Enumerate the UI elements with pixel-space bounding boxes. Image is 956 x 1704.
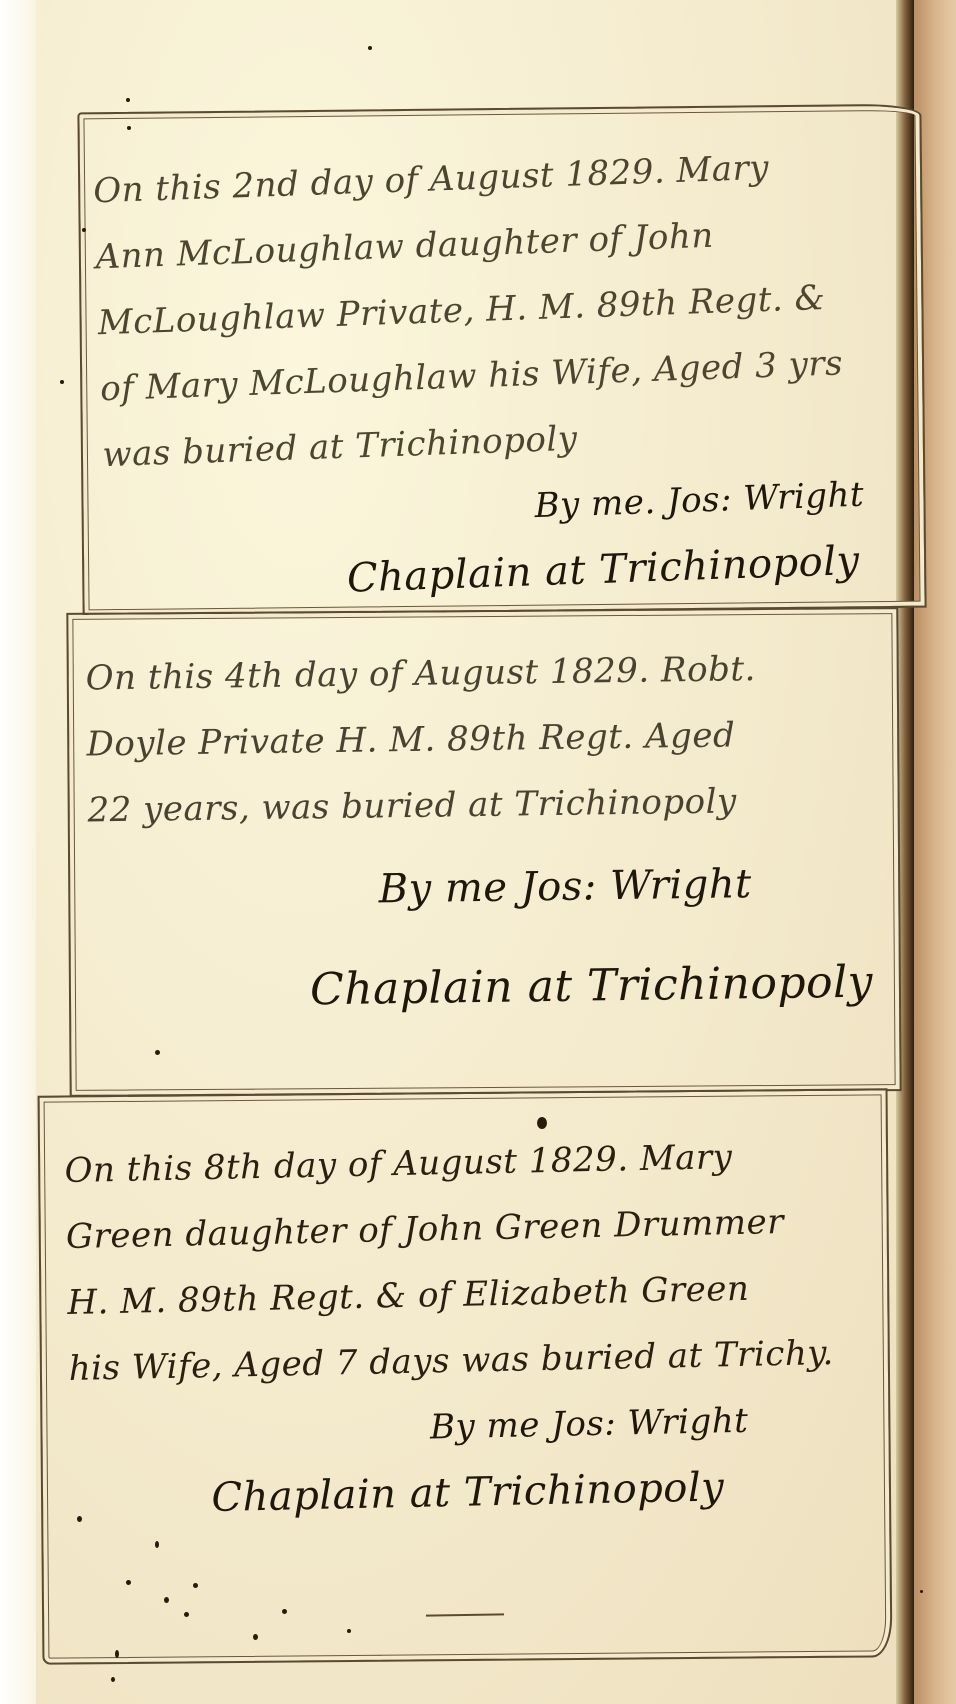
burial-entry-1: On this 2nd day of August 1829. Mary Ann… xyxy=(92,132,867,620)
burial-entry-3: On this 8th day of August 1829. Mary Gre… xyxy=(64,1122,837,1534)
ink-speck xyxy=(537,1117,547,1129)
ink-speck xyxy=(82,228,86,232)
burial-entry-2: On this 4th day of August 1829. Robt. Do… xyxy=(85,635,873,1044)
ink-speck xyxy=(60,380,64,384)
ink-speck xyxy=(184,1612,189,1617)
ink-speck xyxy=(164,1597,169,1603)
ink-speck xyxy=(115,1650,119,1658)
ink-speck xyxy=(126,1580,131,1585)
ink-speck xyxy=(193,1583,198,1588)
ink-speck xyxy=(155,1050,160,1055)
entry-line: Doyle Private H. M. 89th Regt. Aged xyxy=(86,701,870,778)
entry-line: 22 years, was buried at Trichinopoly xyxy=(87,767,871,844)
signature-title: Chaplain at Trichinopoly xyxy=(309,933,873,1041)
signature-by: By me Jos: Wright xyxy=(429,1386,835,1460)
ink-speck xyxy=(253,1634,258,1640)
entry-line: On this 4th day of August 1829. Robt. xyxy=(85,635,869,712)
ink-speck xyxy=(282,1609,287,1614)
signature-title: Chaplain at Trichinopoly xyxy=(211,1452,837,1531)
ink-speck xyxy=(920,1590,923,1593)
ink-speck xyxy=(127,126,131,130)
signature-by: By me Jos: Wright xyxy=(378,833,872,940)
ink-speck xyxy=(77,1516,82,1522)
ink-speck xyxy=(126,98,130,102)
ink-speck xyxy=(347,1629,351,1633)
ink-speck xyxy=(368,46,372,50)
ink-speck xyxy=(111,1677,115,1682)
ink-speck xyxy=(155,1541,159,1548)
signature-by: By me. Jos: Wright xyxy=(533,462,865,539)
